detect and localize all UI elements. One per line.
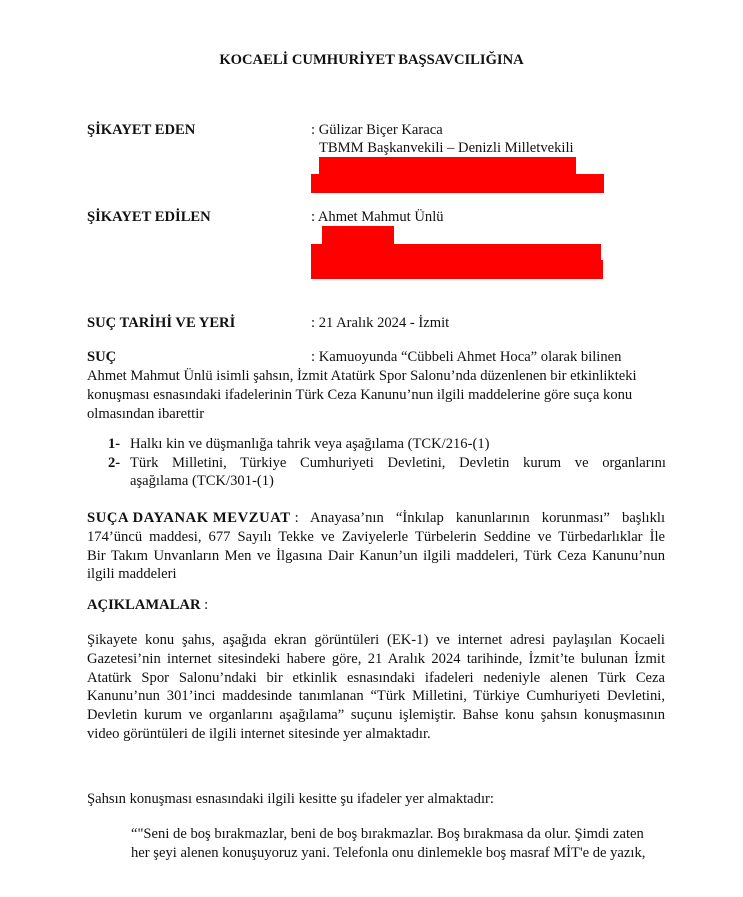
explanations-paragraph: Şikayete konu şahıs, aşağıda ekran görün… [87, 631, 665, 744]
crime-date-label: SUÇ TARİHİ VE YERİ [87, 315, 235, 332]
crime-text-line: olmasından ibarettir [87, 405, 665, 424]
complainant-name: : Gülizar Biçer Karaca [311, 122, 443, 139]
complainant-label: ŞİKAYET EDEN [87, 122, 195, 139]
redaction-block [311, 174, 604, 193]
item-text: aşağılama (TCK/301-(1) [108, 472, 666, 491]
complainant-position: TBMM Başkanvekili – Denizli Milletvekili [319, 140, 574, 157]
quote-line: “"Seni de boş bırakmazlar, beni de boş b… [131, 825, 665, 844]
explanation-line: Şikayete konu şahıs, aşağıda ekran görün… [87, 631, 665, 650]
accused-name: : Ahmet Mahmut Ünlü [311, 209, 444, 226]
crime-label: SUÇ [87, 349, 116, 366]
legislation-label: SUÇA DAYANAK MEVZUAT [87, 509, 291, 528]
legislation-text-line: Bir Takım Unvanların Men ve İlgasına Dai… [87, 547, 665, 566]
accused-label: ŞİKAYET EDİLEN [87, 209, 211, 226]
item-number: 2- [108, 455, 130, 472]
quote-line: her şeyi alenen konuşuyoruz yani. Telefo… [131, 844, 665, 863]
explanation-line: video görüntüleri de ilgili internet sit… [87, 725, 665, 744]
legislation-text-line: 174’üncü maddesi, 677 Sayılı Tekke ve Za… [87, 528, 665, 547]
crime-date-value: : 21 Aralık 2024 - İzmit [311, 315, 449, 332]
crime-text-line: : Kamuoyunda “Cübbeli Ahmet Hoca” olarak… [311, 349, 621, 366]
crime-description: Ahmet Mahmut Ünlü isimli şahsın, İzmit A… [87, 367, 665, 423]
crime-item: 1-Halkı kin ve düşmanlığa tahrik veya aş… [108, 436, 489, 453]
redaction-block [322, 226, 394, 246]
legislation-text-line: ilgili maddeleri [87, 565, 665, 584]
explanations-colon: : [201, 597, 209, 613]
item-text: Türk Milletini, Türkiye Cumhuriyeti Devl… [130, 455, 666, 472]
item-text: Halkı kin ve düşmanlığa tahrik veya aşağ… [130, 436, 489, 452]
legislation-section: SUÇA DAYANAK MEVZUAT : Anayasa’nın “İnkı… [87, 509, 665, 584]
explanation-line: Atatürk Spor Salonu’ndaki bir etkinlik e… [87, 669, 665, 688]
document-title: KOCAELİ CUMHURİYET BAŞSAVCILIĞINA [0, 52, 743, 69]
crime-item: 2- Türk Milletini, Türkiye Cumhuriyeti D… [108, 455, 666, 491]
crime-text-line: Ahmet Mahmut Ünlü isimli şahsın, İzmit A… [87, 367, 665, 386]
quote-intro: Şahsın konuşması esnasındaki ilgili kesi… [87, 791, 494, 808]
explanation-line: Gazetesi’nin internet sitesindeki habere… [87, 650, 665, 669]
redaction-block [311, 260, 603, 279]
crime-text-line: konuşması esnasındaki ifadelerinin Türk … [87, 386, 665, 405]
explanations-label: AÇIKLAMALAR [87, 597, 201, 613]
explanations-heading: AÇIKLAMALAR : [87, 597, 208, 614]
quote-block: “"Seni de boş bırakmazlar, beni de boş b… [131, 825, 665, 863]
item-number: 1- [108, 436, 130, 453]
explanation-line: Devletin kurum ve organlarını aşağılama”… [87, 706, 665, 725]
legislation-text-line: : Anayasa’nın “İnkılap kanunlarının koru… [291, 509, 665, 528]
explanation-line: Kanunu’nun 301’inci maddesinde tanımlana… [87, 687, 665, 706]
